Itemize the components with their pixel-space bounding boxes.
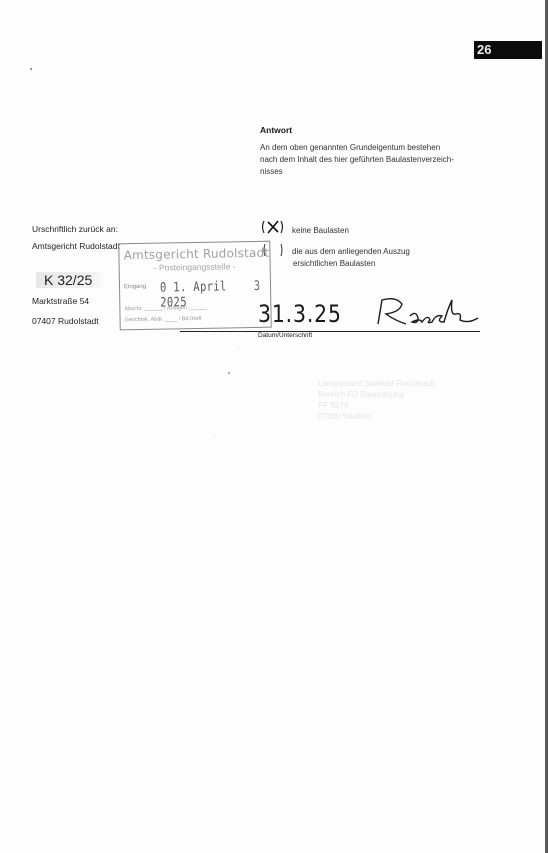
street-address: Marktstraße 54 [32,296,89,306]
scan-speck [30,68,32,70]
signature-icon [372,294,482,330]
faded-line: Landratsamt Saalfeld-Rudolstadt [318,378,435,389]
faded-line: 07300 Saalfeld [318,411,435,422]
option-text-line: ersichtlichen Baulasten [292,258,462,270]
option-no-encumbrances: keine Baulasten [292,226,349,235]
answer-text: An dem oben genannten Grundeigentum best… [260,142,500,178]
scan-speck [214,436,215,437]
option-unchecked-mark [260,243,286,262]
empty-check-icon [260,243,286,257]
scan-speck [228,372,230,374]
signature-line [180,331,480,332]
handwritten-date: 31.3.25 [258,300,342,328]
page-number-badge: 26 [474,41,542,59]
answer-line: An dem oben genannten Grundeigentum best… [260,142,500,154]
x-check-icon [260,219,286,235]
court-name: Amtsgericht Rudolstadt [32,241,120,251]
stamp-count: 3 [254,279,261,294]
scan-speck [238,348,239,349]
faded-address-block: Landratsamt Saalfeld-Rudolstadt Bereich … [318,378,435,422]
stamp-received-label: Eingang [124,284,146,290]
handwritten-signature [372,294,482,335]
case-number: K 32/25 [36,272,106,288]
stamp-fees-line: Gerichtsk. Abdr. ____ / Bd./Heft [125,315,265,323]
faded-line: Bereich FD Bauordnung [318,389,435,400]
option-listed-encumbrances: die aus dem anliegenden Auszug ersichtli… [292,246,462,270]
stamp-attachments-line: Abschr. ______ / Anlagen ______ [124,304,264,312]
option-checked-mark [260,219,286,240]
option-text-line: die aus dem anliegenden Auszug [292,246,462,258]
return-label: Urschriftlich zurück an: [32,224,118,234]
answer-line: nach dem Inhalt des hier geführten Baula… [260,154,500,166]
stamp-subtitle: - Posteingangsstelle - [120,261,270,274]
answer-heading: Antwort [260,125,292,135]
received-stamp: Amtsgericht Rudolstadt - Posteingangsste… [118,241,271,331]
city-address: 07407 Rudolstadt [32,316,99,326]
signature-label: Datum/Unterschrift [258,332,312,339]
faded-line: PF 8274 [318,400,435,411]
stamp-title: Amtsgericht Rudolstadt [123,246,269,263]
answer-line: nisses [260,166,500,178]
